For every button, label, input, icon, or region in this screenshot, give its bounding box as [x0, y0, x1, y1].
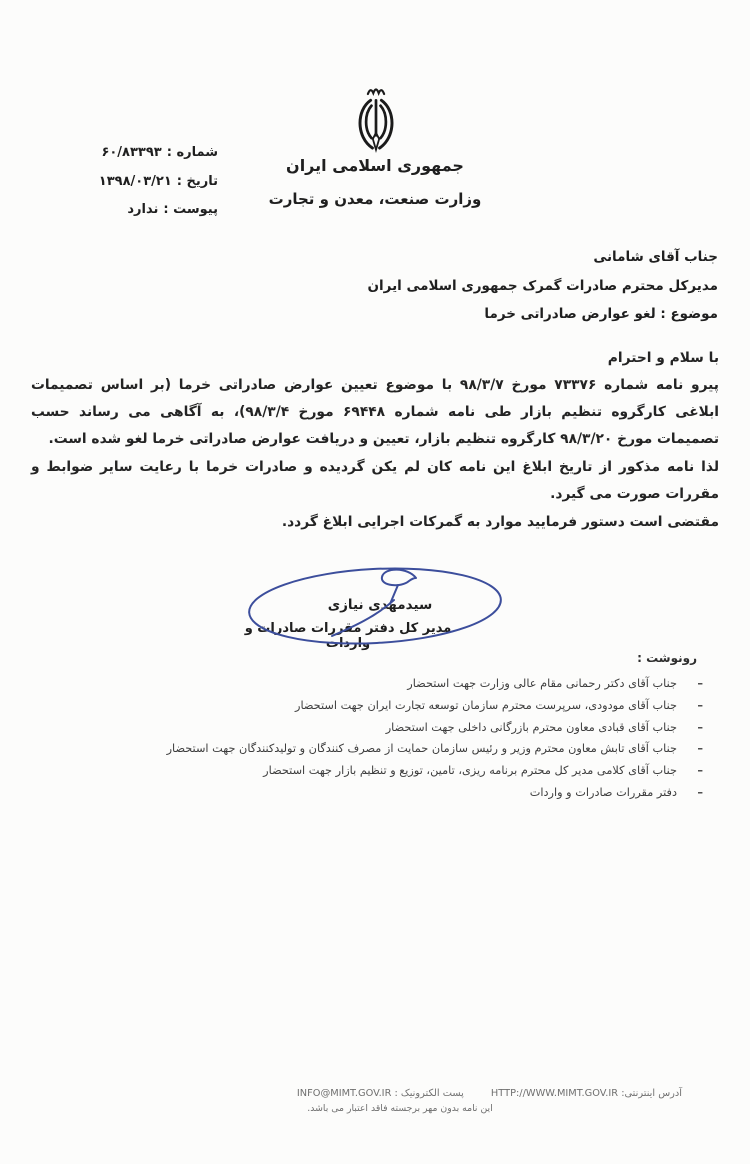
salutation: با سلام و احترام: [31, 345, 719, 372]
cc-label: رونوشت :: [637, 651, 697, 665]
email-label: پست الکترونیک :: [395, 1088, 464, 1099]
body-paragraph: لذا نامه مذکور از تاریخ ابلاغ این نامه ک…: [31, 454, 719, 508]
cc-item: – جناب آقای کلامی مدیر کل محترم برنامه ر…: [167, 760, 703, 782]
body-paragraph: پیرو نامه شماره ۷۳۳۷۶ مورخ ۹۸/۳/۷ با موض…: [31, 372, 719, 453]
email-address: INFO@MIMT.GOV.IR: [297, 1088, 391, 1099]
letter-page: جمهوری اسلامی ایران وزارت صنعت، معدن و ت…: [0, 0, 750, 1164]
cc-item: – جناب آقای مودودی، سرپرست محترم سازمان …: [167, 695, 703, 717]
recipient-block: جناب آقای شامانی مدیرکل محترم صادرات گمر…: [368, 243, 718, 329]
cc-item-text: جناب آقای مودودی، سرپرست محترم سازمان تو…: [295, 695, 677, 717]
cc-item: – دفتر مقررات صادرات و واردات: [167, 782, 703, 804]
body-paragraph: مقتضی است دستور فرمایید موارد به گمرکات …: [31, 509, 719, 536]
cc-list: – جناب آقای دکتر رحمانی مقام عالی وزارت …: [167, 673, 703, 804]
footer-contact-line: آدرس اینترنتی: HTTP://WWW.MIMT.GOV.IR پس…: [297, 1088, 682, 1099]
letter-number-label: شماره :: [167, 139, 218, 168]
letter-body: با سلام و احترام پیرو نامه شماره ۷۳۳۷۶ م…: [31, 345, 719, 537]
dash-bullet-icon: –: [689, 782, 703, 804]
cc-item: – جناب آقای دکتر رحمانی مقام عالی وزارت …: [167, 673, 703, 695]
dash-bullet-icon: –: [689, 717, 703, 739]
cc-item: – جناب آقای قبادی معاون محترم بازرگانی د…: [167, 717, 703, 739]
dash-bullet-icon: –: [689, 760, 703, 782]
validity-note: این نامه بدون مهر برجسته فاقد اعتبار می …: [280, 1103, 520, 1114]
letter-date-label: تاریخ :: [177, 168, 218, 197]
letter-number-value: ۶۰/۸۳۳۹۳: [101, 139, 161, 168]
dash-bullet-icon: –: [689, 673, 703, 695]
recipient-title: مدیرکل محترم صادرات گمرک جمهوری اسلامی ا…: [368, 272, 718, 301]
dash-bullet-icon: –: [689, 738, 703, 760]
signatory-name: سیدمهدی نیازی: [300, 597, 460, 613]
cc-item-text: دفتر مقررات صادرات و واردات: [530, 782, 677, 804]
letter-attachment-row: پیوست : ندارد: [40, 196, 218, 225]
cc-item: – جناب آقای تابش معاون محترم وزیر و رئیس…: [167, 738, 703, 760]
cc-item-text: جناب آقای قبادی معاون محترم بازرگانی داخ…: [386, 717, 677, 739]
website-label: آدرس اینترنتی:: [621, 1088, 682, 1099]
letter-date-value: ۱۳۹۸/۰۳/۲۱: [99, 168, 172, 197]
letter-attachment-value: ندارد: [127, 196, 158, 225]
body-paragraphs: پیرو نامه شماره ۷۳۳۷۶ مورخ ۹۸/۳/۷ با موض…: [31, 372, 719, 536]
iran-emblem-icon: [349, 84, 403, 158]
letter-number-row: شماره : ۶۰/۸۳۳۹۳: [40, 139, 218, 168]
cc-item-text: جناب آقای دکتر رحمانی مقام عالی وزارت جه…: [407, 673, 677, 695]
letter-date-row: تاریخ : ۱۳۹۸/۰۳/۲۱: [40, 168, 218, 197]
letter-attachment-label: پیوست :: [163, 196, 218, 225]
letter-meta: شماره : ۶۰/۸۳۳۹۳ تاریخ : ۱۳۹۸/۰۳/۲۱ پیوس…: [40, 139, 218, 225]
website-url: HTTP://WWW.MIMT.GOV.IR: [491, 1088, 618, 1099]
recipient-name: جناب آقای شامانی: [368, 243, 718, 272]
subject-line: موضوع : لغو عوارض صادراتی خرما: [368, 300, 718, 329]
dash-bullet-icon: –: [689, 695, 703, 717]
signatory-title: مدیر کل دفتر مقررات صادرات و واردات: [228, 621, 468, 651]
cc-item-text: جناب آقای کلامی مدیر کل محترم برنامه ریز…: [263, 760, 677, 782]
cc-item-text: جناب آقای تابش معاون محترم وزیر و رئیس س…: [167, 738, 677, 760]
